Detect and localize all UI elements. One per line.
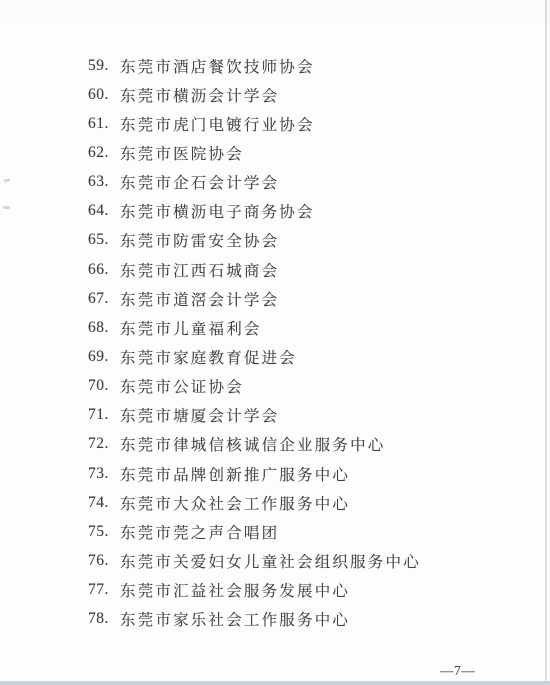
list-item-text: 东莞市道滘会计学会 bbox=[120, 288, 279, 310]
list-item-number: 72. bbox=[88, 435, 120, 453]
list-item: 69. 东莞市家庭教育促进会 bbox=[88, 342, 528, 371]
list-item-number: 77. bbox=[88, 581, 120, 599]
list-item-number: 62. bbox=[88, 144, 120, 162]
scan-artifact-speck bbox=[4, 178, 10, 182]
list-item: 65. 东莞市防雷安全协会 bbox=[88, 226, 528, 255]
list-item-text: 东莞市横沥会计学会 bbox=[120, 84, 279, 106]
list-item-number: 61. bbox=[88, 115, 120, 133]
list-item-text: 东莞市江西石城商会 bbox=[120, 259, 279, 281]
scan-artifact-speck bbox=[3, 206, 10, 210]
list-item: 59. 东莞市酒店餐饮技师协会 bbox=[88, 51, 528, 80]
list-item-text: 东莞市关爱妇女儿童社会组织服务中心 bbox=[120, 550, 421, 572]
list-item-text: 东莞市家乐社会工作服务中心 bbox=[120, 608, 350, 630]
list-item-number: 63. bbox=[88, 173, 120, 191]
list-item: 61. 东莞市虎门电镀行业协会 bbox=[88, 109, 528, 138]
list-item: 60. 东莞市横沥会计学会 bbox=[88, 80, 528, 109]
list-item: 68. 东莞市儿童福利会 bbox=[88, 313, 528, 342]
list-item-number: 76. bbox=[88, 552, 120, 570]
list-item-number: 67. bbox=[88, 290, 120, 308]
list-item-text: 东莞市莞之声合唱团 bbox=[120, 521, 279, 543]
list-item-number: 71. bbox=[88, 406, 120, 424]
list-item-number: 64. bbox=[88, 202, 120, 220]
list-item-number: 74. bbox=[88, 494, 120, 512]
list-item-text: 东莞市儿童福利会 bbox=[120, 317, 262, 339]
scan-edge-bottom bbox=[0, 681, 550, 685]
list-item-number: 73. bbox=[88, 465, 120, 483]
list-item-text: 东莞市塘厦会计学会 bbox=[120, 404, 279, 426]
list-item: 71. 东莞市塘厦会计学会 bbox=[88, 401, 528, 430]
list-item-number: 70. bbox=[88, 377, 120, 395]
list-item-text: 东莞市公证协会 bbox=[120, 375, 244, 397]
list-item: 76. 东莞市关爱妇女儿童社会组织服务中心 bbox=[88, 546, 528, 575]
scan-edge-right bbox=[545, 0, 547, 685]
list-item-text: 东莞市酒店餐饮技师协会 bbox=[120, 55, 315, 77]
list-item: 78. 东莞市家乐社会工作服务中心 bbox=[88, 605, 528, 634]
list-item: 74. 东莞市大众社会工作服务中心 bbox=[88, 488, 528, 517]
list-item-text: 东莞市品牌创新推广服务中心 bbox=[120, 463, 350, 485]
list-item: 75. 东莞市莞之声合唱团 bbox=[88, 517, 528, 546]
list-item: 77. 东莞市汇益社会服务发展中心 bbox=[88, 576, 528, 605]
list-item-text: 东莞市医院协会 bbox=[120, 142, 244, 164]
list-item-text: 东莞市横沥电子商务协会 bbox=[120, 200, 315, 222]
list-item-number: 66. bbox=[88, 261, 120, 279]
list-item-text: 东莞市汇益社会服务发展中心 bbox=[120, 579, 350, 601]
list-item-number: 59. bbox=[88, 57, 120, 75]
list-item: 63. 东莞市企石会计学会 bbox=[88, 168, 528, 197]
list-item: 66. 东莞市江西石城商会 bbox=[88, 255, 528, 284]
list-item: 70. 东莞市公证协会 bbox=[88, 372, 528, 401]
list-item-text: 东莞市大众社会工作服务中心 bbox=[120, 492, 350, 514]
list-item: 67. 东莞市道滘会计学会 bbox=[88, 284, 528, 313]
list-item-number: 60. bbox=[88, 86, 120, 104]
list-item: 64. 东莞市横沥电子商务协会 bbox=[88, 197, 528, 226]
list-item-text: 东莞市虎门电镀行业协会 bbox=[120, 113, 315, 135]
list-item-number: 65. bbox=[88, 231, 120, 249]
list-item-number: 78. bbox=[88, 610, 120, 628]
list-item-number: 75. bbox=[88, 523, 120, 541]
list-item: 72. 东莞市律城信核诚信企业服务中心 bbox=[88, 430, 528, 459]
list-item-number: 69. bbox=[88, 348, 120, 366]
list-item: 62. 东莞市医院协会 bbox=[88, 138, 528, 167]
list-item-text: 东莞市企石会计学会 bbox=[120, 171, 279, 193]
list-item: 73. 东莞市品牌创新推广服务中心 bbox=[88, 459, 528, 488]
list-item-text: 东莞市防雷安全协会 bbox=[120, 229, 279, 251]
list-item-number: 68. bbox=[88, 319, 120, 337]
list-item-text: 东莞市律城信核诚信企业服务中心 bbox=[120, 433, 386, 455]
organization-list: 59. 东莞市酒店餐饮技师协会 60. 东莞市横沥会计学会 61. 东莞市虎门电… bbox=[88, 51, 528, 634]
page-number: —7— bbox=[440, 663, 475, 679]
document-page: 59. 东莞市酒店餐饮技师协会 60. 东莞市横沥会计学会 61. 东莞市虎门电… bbox=[0, 0, 550, 685]
list-item-text: 东莞市家庭教育促进会 bbox=[120, 346, 297, 368]
